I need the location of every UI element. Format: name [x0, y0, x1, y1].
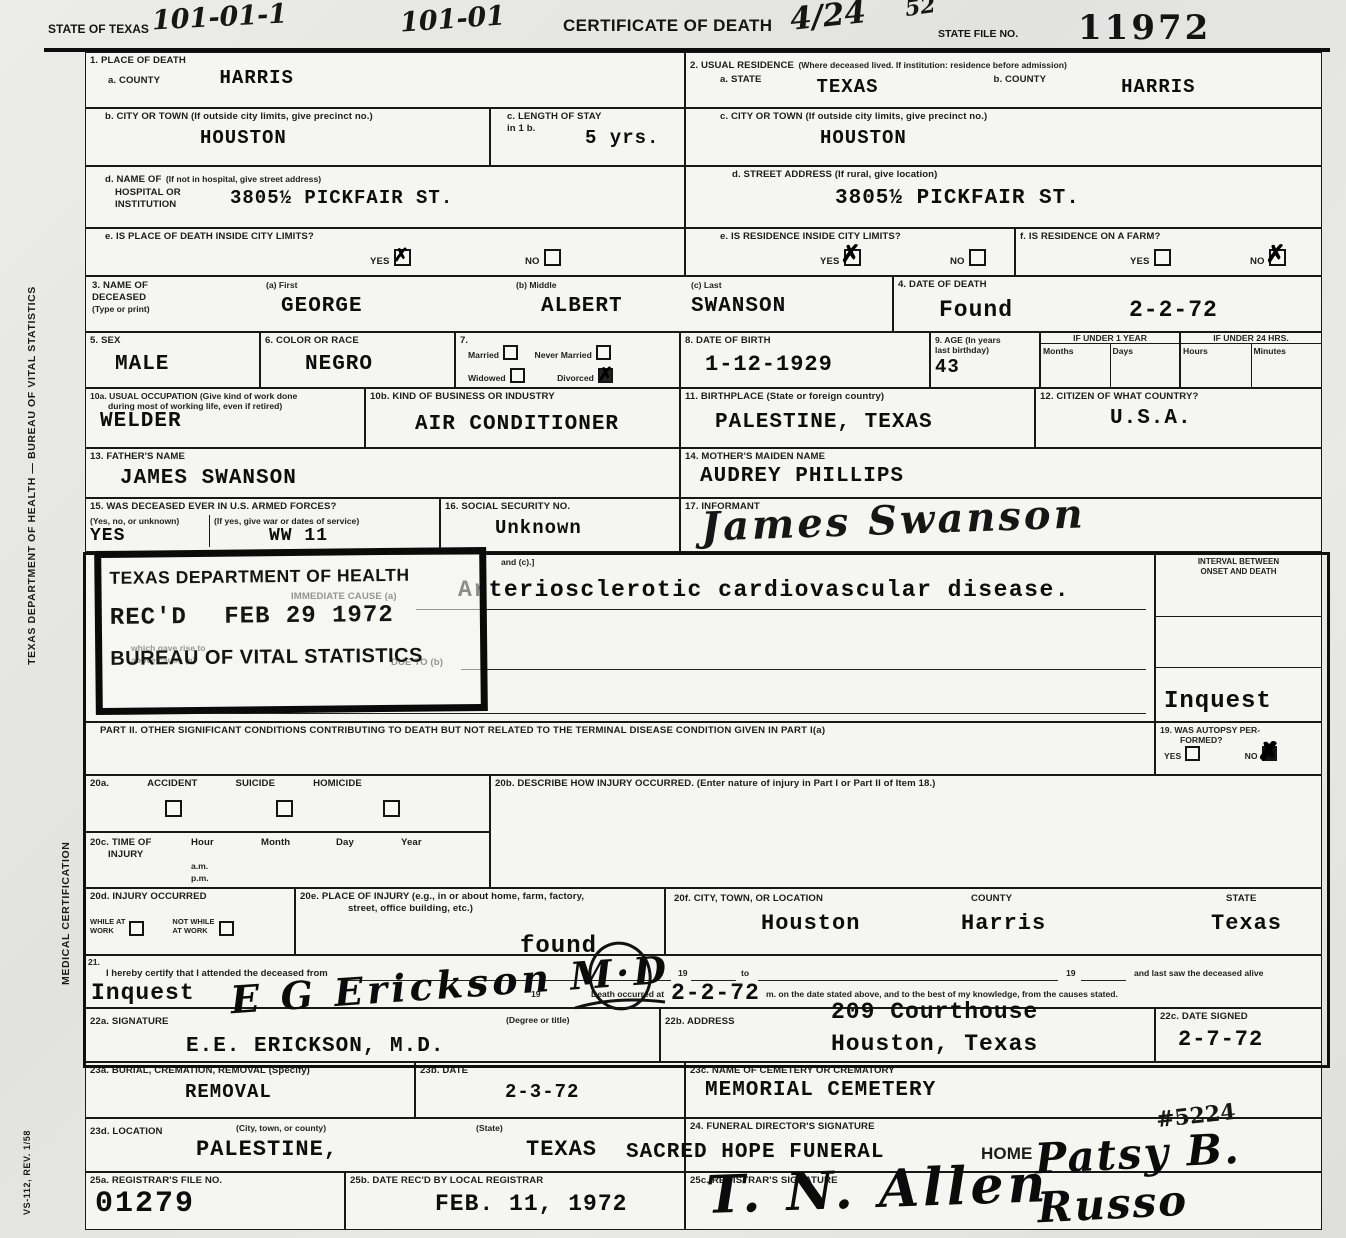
field-1-place-of-death: 1. PLACE OF DEATH a. COUNTY HARRIS [85, 52, 685, 108]
field-23d-value1: PALESTINE, [196, 1137, 338, 1162]
field-23a-label: 23a. BURIAL, CREMATION, REMOVAL (Specify… [90, 1065, 410, 1077]
field-22c-date-signed: 22c. DATE SIGNED 2-7-72 [1155, 1008, 1322, 1062]
field-3-title3: (Type or print) [92, 304, 150, 314]
field-2-usual-residence: 2. USUAL RESIDENCE (Where deceased lived… [685, 52, 1322, 108]
field-14-value: AUDREY PHILLIPS [700, 465, 1317, 488]
field-19-no-checkbox[interactable]: ✗ [1262, 746, 1277, 761]
field-3c-value: SWANSON [691, 295, 786, 318]
field-8-date-of-birth: 8. DATE OF BIRTH 1-12-1929 [680, 332, 930, 388]
field-4-value: 2-2-72 [1129, 297, 1218, 323]
field-23d-hint2: (State) [476, 1123, 503, 1133]
field-21-tail2: m. on the date stated above, and to the … [766, 989, 1118, 999]
field-16-label: 16. SOCIAL SECURITY NO. [445, 501, 675, 513]
field-1e-city-limits: e. IS PLACE OF DEATH INSIDE CITY LIMITS?… [85, 228, 685, 276]
field-1e-no-label: NO [525, 256, 540, 267]
field-15-armed-forces: 15. WAS DECEASED EVER IN U.S. ARMED FORC… [85, 498, 440, 552]
field-21-to: to [741, 968, 749, 978]
field-2-title: 2. USUAL RESIDENCE [690, 60, 794, 71]
field-15-label: 15. WAS DECEASED EVER IN U.S. ARMED FORC… [86, 499, 439, 515]
part-2-conditions: PART II. OTHER SIGNIFICANT CONDITIONS CO… [85, 722, 1155, 775]
field-23b-label: 23b. DATE [420, 1065, 680, 1077]
interval-column: INTERVAL BETWEEN ONSET AND DEATH Inquest [1155, 552, 1322, 722]
field-15-hint2: (If yes, give war or dates of service) [214, 516, 359, 526]
field-23c-value: MEMORIAL CEMETERY [705, 1079, 1317, 1102]
field-1b-label: b. CITY OR TOWN (If outside city limits,… [105, 111, 485, 123]
field-20f-city-value: Houston [761, 911, 860, 936]
field-19-yes-checkbox[interactable] [1185, 746, 1200, 761]
stamp-line3: BUREAU OF VITAL STATISTICS [110, 644, 472, 671]
field-6-color-or-race: 6. COLOR OR RACE NEGRO [260, 332, 455, 388]
under-24-hrs-title: IF UNDER 24 HRS. [1181, 333, 1321, 344]
field-20c-year: Year [401, 837, 422, 849]
field-6-value: NEGRO [305, 353, 450, 376]
field-4-label: 4. DATE OF DEATH [898, 279, 1317, 291]
field-21-number: 21. [88, 957, 100, 967]
field-23a-burial: 23a. BURIAL, CREMATION, REMOVAL (Specify… [85, 1062, 415, 1118]
field-20a-accident-checkbox[interactable] [165, 800, 182, 817]
inquest-typed-21: Inquest [91, 980, 195, 1006]
field-22b-value1: 209 Courthouse [831, 999, 1038, 1025]
field-10b-label: 10b. KIND OF BUSINESS OR INDUSTRY [370, 391, 675, 403]
field-23b-value: 2-3-72 [505, 1081, 680, 1103]
death-certificate-scan: TEXAS DEPARTMENT OF HEALTH — BUREAU OF V… [0, 0, 1346, 1238]
field-2d-street-address: d. STREET ADDRESS (If rural, give locati… [685, 166, 1322, 228]
field-2c-label: c. CITY OR TOWN (If outside city limits,… [720, 111, 1317, 123]
field-2-hint: (Where deceased lived. If institution: r… [798, 60, 1066, 70]
field-20d-not2: AT WORK [172, 926, 214, 935]
field-20c-day: Day [336, 837, 354, 849]
field-25a-value: 01279 [95, 1187, 340, 1221]
field-1c-label: c. LENGTH OF STAY [507, 111, 680, 123]
field-20f-label: 20f. CITY, TOWN, OR LOCATION [674, 893, 823, 905]
margin-medical-certification: MEDICAL CERTIFICATION [60, 725, 72, 985]
field-20f-county-label: COUNTY [971, 893, 1012, 905]
field-9-age: 9. AGE (In years last birthday) 43 [930, 332, 1040, 388]
inquest-typed-18: Inquest [1164, 688, 1272, 715]
state-file-no-label: STATE FILE NO. [938, 28, 1018, 40]
field-19-no-label: NO [1245, 751, 1258, 761]
field-under-24-hrs: IF UNDER 24 HRS. Hours Minutes [1180, 332, 1322, 388]
margin-form-number: VS-112, REV. 1/58 [22, 1095, 32, 1215]
field-15-value1: YES [90, 526, 205, 546]
field-20d-label: 20d. INJURY OCCURRED [90, 891, 290, 903]
field-3b-label: (b) Middle [516, 280, 557, 290]
field-8-value: 1-12-1929 [705, 352, 925, 377]
field-11-label: 11. BIRTHPLACE (State or foreign country… [685, 391, 1030, 403]
field-1d-hint: (If not in hospital, give street address… [166, 174, 321, 184]
field-23a-value: REMOVAL [185, 1081, 410, 1103]
field-22a-label: 22a. SIGNATURE [90, 1016, 169, 1027]
field-1c-length-of-stay: c. LENGTH OF STAY in 1 b. 5 yrs. [490, 108, 685, 166]
field-25b-value: FEB. 11, 1972 [435, 1191, 680, 1217]
field-9-label: 9. AGE (In years [935, 335, 1035, 345]
field-20a-homicide-label: HOMICIDE [313, 778, 362, 790]
field-20d-while-checkbox[interactable] [129, 921, 144, 936]
field-20d-while1: WHILE AT [90, 917, 125, 926]
field-2d-value: 3805½ PICKFAIR ST. [835, 187, 1317, 210]
field-23d-value2: TEXAS [526, 1137, 597, 1162]
field-2d-label: d. STREET ADDRESS (If rural, give locati… [732, 169, 1317, 181]
field-23b-date: 23b. DATE 2-3-72 [415, 1062, 685, 1118]
field-20f-location: 20f. CITY, TOWN, OR LOCATION COUNTY STAT… [665, 888, 1322, 955]
field-5-label: 5. SEX [90, 335, 255, 347]
field-7-married-checkbox[interactable] [503, 345, 518, 360]
field-20d-not-checkbox[interactable] [219, 921, 234, 936]
field-21-tail1: and last saw the deceased alive [1134, 968, 1263, 978]
field-7-divorced-label: Divorced [557, 373, 594, 383]
field-2f-farm: f. IS RESIDENCE ON A FARM? YES NO✗ [1015, 228, 1322, 276]
field-25b-date-recd: 25b. DATE REC'D BY LOCAL REGISTRAR FEB. … [345, 1172, 685, 1230]
interval-empty-row [1156, 617, 1321, 668]
field-5-value: MALE [115, 353, 255, 376]
field-3-title1: 3. NAME OF [92, 280, 150, 292]
field-15-hint1: (Yes, no, or unknown) [90, 516, 205, 526]
field-1e-label: e. IS PLACE OF DEATH INSIDE CITY LIMITS? [105, 231, 680, 243]
field-20a-accident-label: ACCIDENT [147, 778, 197, 790]
field-9-label2: last birthday) [935, 345, 1035, 355]
field-20d-while2: WORK [90, 926, 125, 935]
field-2e-yes-checkbox[interactable]: ✗ [844, 249, 861, 266]
field-3-name-of-deceased: 3. NAME OF DECEASED (Type or print) (a) … [85, 276, 893, 332]
state-of-texas-label: STATE OF TEXAS [48, 22, 149, 36]
field-1b-value: HOUSTON [200, 127, 485, 149]
field-23d-hint1: (City, town, or county) [236, 1123, 326, 1133]
field-6-label: 6. COLOR OR RACE [265, 335, 450, 347]
field-2b-label: b. COUNTY [994, 74, 1047, 98]
field-7-marital-status: 7. Married Never Married Widowed Divorce… [455, 332, 680, 388]
field-1d-hospital: d. NAME OF (If not in hospital, give str… [85, 166, 685, 228]
field-10a-label: 10a. USUAL OCCUPATION (Give kind of work… [90, 391, 360, 401]
field-21-yr1: 19 [678, 968, 688, 978]
field-5-sex: 5. SEX MALE [85, 332, 260, 388]
field-1c-value: 5 yrs. [585, 127, 680, 149]
field-20c-month: Month [261, 837, 290, 849]
field-1a-label: a. COUNTY [108, 75, 160, 86]
handwritten-date: 4/24 [788, 0, 867, 38]
field-19-label1: 19. WAS AUTOPSY PER- [1160, 725, 1317, 735]
field-1e-yes-label: YES [370, 256, 390, 267]
field-20d-injury-occurred: 20d. INJURY OCCURRED WHILE AT WORK NOT W… [85, 888, 295, 955]
field-19-yes-label: YES [1164, 751, 1181, 761]
handwritten-number: 52 [903, 0, 937, 22]
field-13-label: 13. FATHER'S NAME [90, 451, 675, 463]
field-20a-homicide-checkbox[interactable] [383, 800, 400, 817]
field-22a-signature: 22a. SIGNATURE (Degree or title) E.E. ER… [85, 1008, 660, 1062]
field-1e-no-checkbox[interactable] [544, 249, 561, 266]
field-22c-label: 22c. DATE SIGNED [1160, 1011, 1317, 1023]
field-2c-city: c. CITY OR TOWN (If outside city limits,… [685, 108, 1322, 166]
field-1e-yes-checkbox[interactable]: ✗ [394, 249, 411, 266]
interval-label2: ONSET AND DEATH [1160, 567, 1317, 577]
field-2b-value: HARRIS [1121, 76, 1195, 98]
field-13-fathers-name: 13. FATHER'S NAME JAMES SWANSON [85, 448, 680, 498]
field-20f-state-label: STATE [1226, 893, 1257, 905]
field-9-value: 43 [935, 356, 1035, 378]
field-22a-typed: E.E. ERICKSON, M.D. [186, 1035, 444, 1058]
field-2a-value: TEXAS [817, 76, 879, 98]
field-7-married-label: Married [468, 350, 499, 360]
field-25a-label: 25a. REGISTRAR'S FILE NO. [90, 1175, 340, 1187]
field-2f-yes-checkbox[interactable] [1154, 249, 1171, 266]
stamp-recd: REC'D [110, 604, 187, 632]
interval-label1: INTERVAL BETWEEN [1160, 557, 1317, 567]
field-14-mothers-maiden-name: 14. MOTHER'S MAIDEN NAME AUDREY PHILLIPS [680, 448, 1322, 498]
field-2f-no-checkbox[interactable]: ✗ [1269, 249, 1286, 266]
field-19-autopsy: 19. WAS AUTOPSY PER- FORMED? YES NO✗ [1155, 722, 1322, 775]
field-20f-state-value: Texas [1211, 911, 1282, 936]
field-1b-city: b. CITY OR TOWN (If outside city limits,… [85, 108, 490, 166]
field-23c-label: 23c. NAME OF CEMETERY OR CREMATORY [690, 1065, 1317, 1077]
stamp-date: FEB 29 1972 [224, 602, 394, 631]
field-10b-value: AIR CONDITIONER [415, 413, 675, 436]
stamp-line1: TEXAS DEPARTMENT OF HEALTH [109, 564, 471, 589]
field-8-label: 8. DATE OF BIRTH [685, 335, 925, 347]
field-20c-time-of-injury: 20c. TIME OF INJURY Hour Month Day Year … [85, 832, 490, 888]
informant-signature: James Swanson [700, 490, 1086, 550]
field-18-label-fragment: and (c).] [501, 557, 534, 567]
field-22a-degree: (Degree or title) [506, 1015, 570, 1025]
field-20e-label: 20e. PLACE OF INJURY (e.g., in or about … [300, 891, 660, 903]
field-2e-no-checkbox[interactable] [969, 249, 986, 266]
field-2e-label: e. IS RESIDENCE INSIDE CITY LIMITS? [720, 231, 1010, 243]
field-2f-no-label: NO [1250, 256, 1265, 267]
field-10a-value: WELDER [100, 410, 360, 433]
field-20c-hour: Hour [191, 837, 214, 849]
part-2-text: PART II. OTHER SIGNIFICANT CONDITIONS CO… [100, 725, 1150, 737]
field-20a-suicide-label: SUICIDE [235, 778, 275, 790]
field-20c-label1: 20c. TIME OF [90, 837, 151, 849]
field-25b-label: 25b. DATE REC'D BY LOCAL REGISTRAR [350, 1175, 680, 1187]
field-20c-am: a.m. [191, 861, 208, 871]
field-11-value: PALESTINE, TEXAS [715, 411, 1030, 434]
margin-dept-text: TEXAS DEPARTMENT OF HEALTH — BUREAU OF V… [26, 215, 38, 665]
field-13-value: JAMES SWANSON [120, 467, 675, 490]
registrar-signature-script: T. N. Allen [705, 1153, 1050, 1226]
field-under-1-year: IF UNDER 1 YEAR Months Days [1040, 332, 1180, 388]
field-12-label: 12. CITIZEN OF WHAT COUNTRY? [1040, 391, 1317, 403]
field-1d-value: 3805½ PICKFAIR ST. [230, 187, 453, 209]
field-11-birthplace: 11. BIRTHPLACE (State or foreign country… [680, 388, 1035, 448]
field-20f-county-value: Harris [961, 911, 1046, 936]
field-16-ssn: 16. SOCIAL SECURITY NO. Unknown [440, 498, 680, 552]
field-22b-label: 22b. ADDRESS [665, 1016, 735, 1027]
field-20c-pm: p.m. [191, 873, 209, 883]
field-7-widowed-label: Widowed [468, 373, 506, 383]
field-2c-value: HOUSTON [820, 127, 1317, 149]
field-7-never-married-label: Never Married [535, 350, 592, 360]
field-18-cause-value: Arteriosclerotic cardiovascular disease. [458, 577, 1070, 603]
field-20b-describe-injury: 20b. DESCRIBE HOW INJURY OCCURRED. (Ente… [490, 775, 1322, 888]
handwritten-code-2: 101-01 [399, 0, 506, 38]
field-21-date: 2-2-72 [671, 980, 760, 1006]
field-17-informant: 17. INFORMANT James Swanson [680, 498, 1322, 552]
field-12-citizen: 12. CITIZEN OF WHAT COUNTRY? U.S.A. [1035, 388, 1322, 448]
field-22b-address: 22b. ADDRESS 209 Courthouse Houston, Tex… [660, 1008, 1155, 1062]
funeral-director-signature: Patsy B. Russo [1034, 1120, 1324, 1233]
field-19-label2: FORMED? [1180, 735, 1317, 745]
field-20c-label2: INJURY [108, 849, 143, 861]
field-2e-city-limits: e. IS RESIDENCE INSIDE CITY LIMITS? YES✗… [685, 228, 1015, 276]
field-3-title2: DECEASED [92, 292, 150, 304]
field-10a-occupation: 10a. USUAL OCCUPATION (Give kind of work… [85, 388, 365, 448]
field-2a-label: a. STATE [720, 74, 762, 98]
field-20a-number: 20a. [90, 778, 109, 790]
field-22b-value2: Houston, Texas [831, 1031, 1038, 1057]
field-4-found: Found [939, 297, 1013, 323]
handwritten-code-1: 101-01-1 [151, 0, 288, 37]
field-12-value: U.S.A. [1110, 407, 1317, 430]
field-15-value2: WW 11 [269, 526, 359, 546]
field-20a-suicide-checkbox[interactable] [276, 800, 293, 817]
field-14-label: 14. MOTHER'S MAIDEN NAME [685, 451, 1317, 463]
state-file-number: 11972 [1078, 8, 1211, 48]
field-1a-value: HARRIS [220, 67, 294, 89]
field-23d-location: 23d. LOCATION (City, town, or county) (S… [85, 1118, 685, 1172]
field-1d-label: d. NAME OF [105, 174, 161, 185]
field-20b-label: 20b. DESCRIBE HOW INJURY OCCURRED. (Ente… [495, 778, 1317, 790]
field-21-yr2: 19 [1066, 968, 1076, 978]
field-7-widowed-checkbox[interactable] [510, 368, 525, 383]
field-25a-registrar-file-no: 25a. REGISTRAR'S FILE NO. 01279 [85, 1172, 345, 1230]
field-4-date-of-death: 4. DATE OF DEATH Found 2-2-72 [893, 276, 1322, 332]
field-20e-label2: street, office building, etc.) [348, 903, 660, 915]
field-2e-no-label: NO [950, 256, 965, 267]
field-2f-yes-label: YES [1130, 256, 1150, 267]
field-7-never-married-checkbox[interactable] [596, 345, 611, 360]
field-16-value: Unknown [495, 517, 675, 539]
field-1-title: 1. PLACE OF DEATH [90, 55, 680, 67]
field-2e-yes-label: YES [820, 256, 840, 267]
field-23d-label: 23d. LOCATION [90, 1126, 163, 1137]
field-3a-value: GEORGE [281, 295, 363, 318]
under-1-year-title: IF UNDER 1 YEAR [1041, 333, 1179, 344]
field-3a-label: (a) First [266, 280, 298, 290]
field-20d-not1: NOT WHILE [172, 917, 214, 926]
certificate-title: CERTIFICATE OF DEATH [563, 16, 772, 36]
field-3c-label: (c) Last [691, 280, 722, 290]
bureau-of-vital-statistics-stamp: TEXAS DEPARTMENT OF HEALTH REC'D FEB 29 … [94, 547, 488, 715]
field-20a-manner: 20a. ACCIDENT SUICIDE HOMICIDE [85, 775, 490, 832]
field-7-divorced-checkbox[interactable]: ✗ [598, 368, 613, 383]
field-10b-industry: 10b. KIND OF BUSINESS OR INDUSTRY AIR CO… [365, 388, 680, 448]
field-22c-value: 2-7-72 [1178, 1027, 1317, 1052]
field-3b-value: ALBERT [541, 295, 623, 318]
